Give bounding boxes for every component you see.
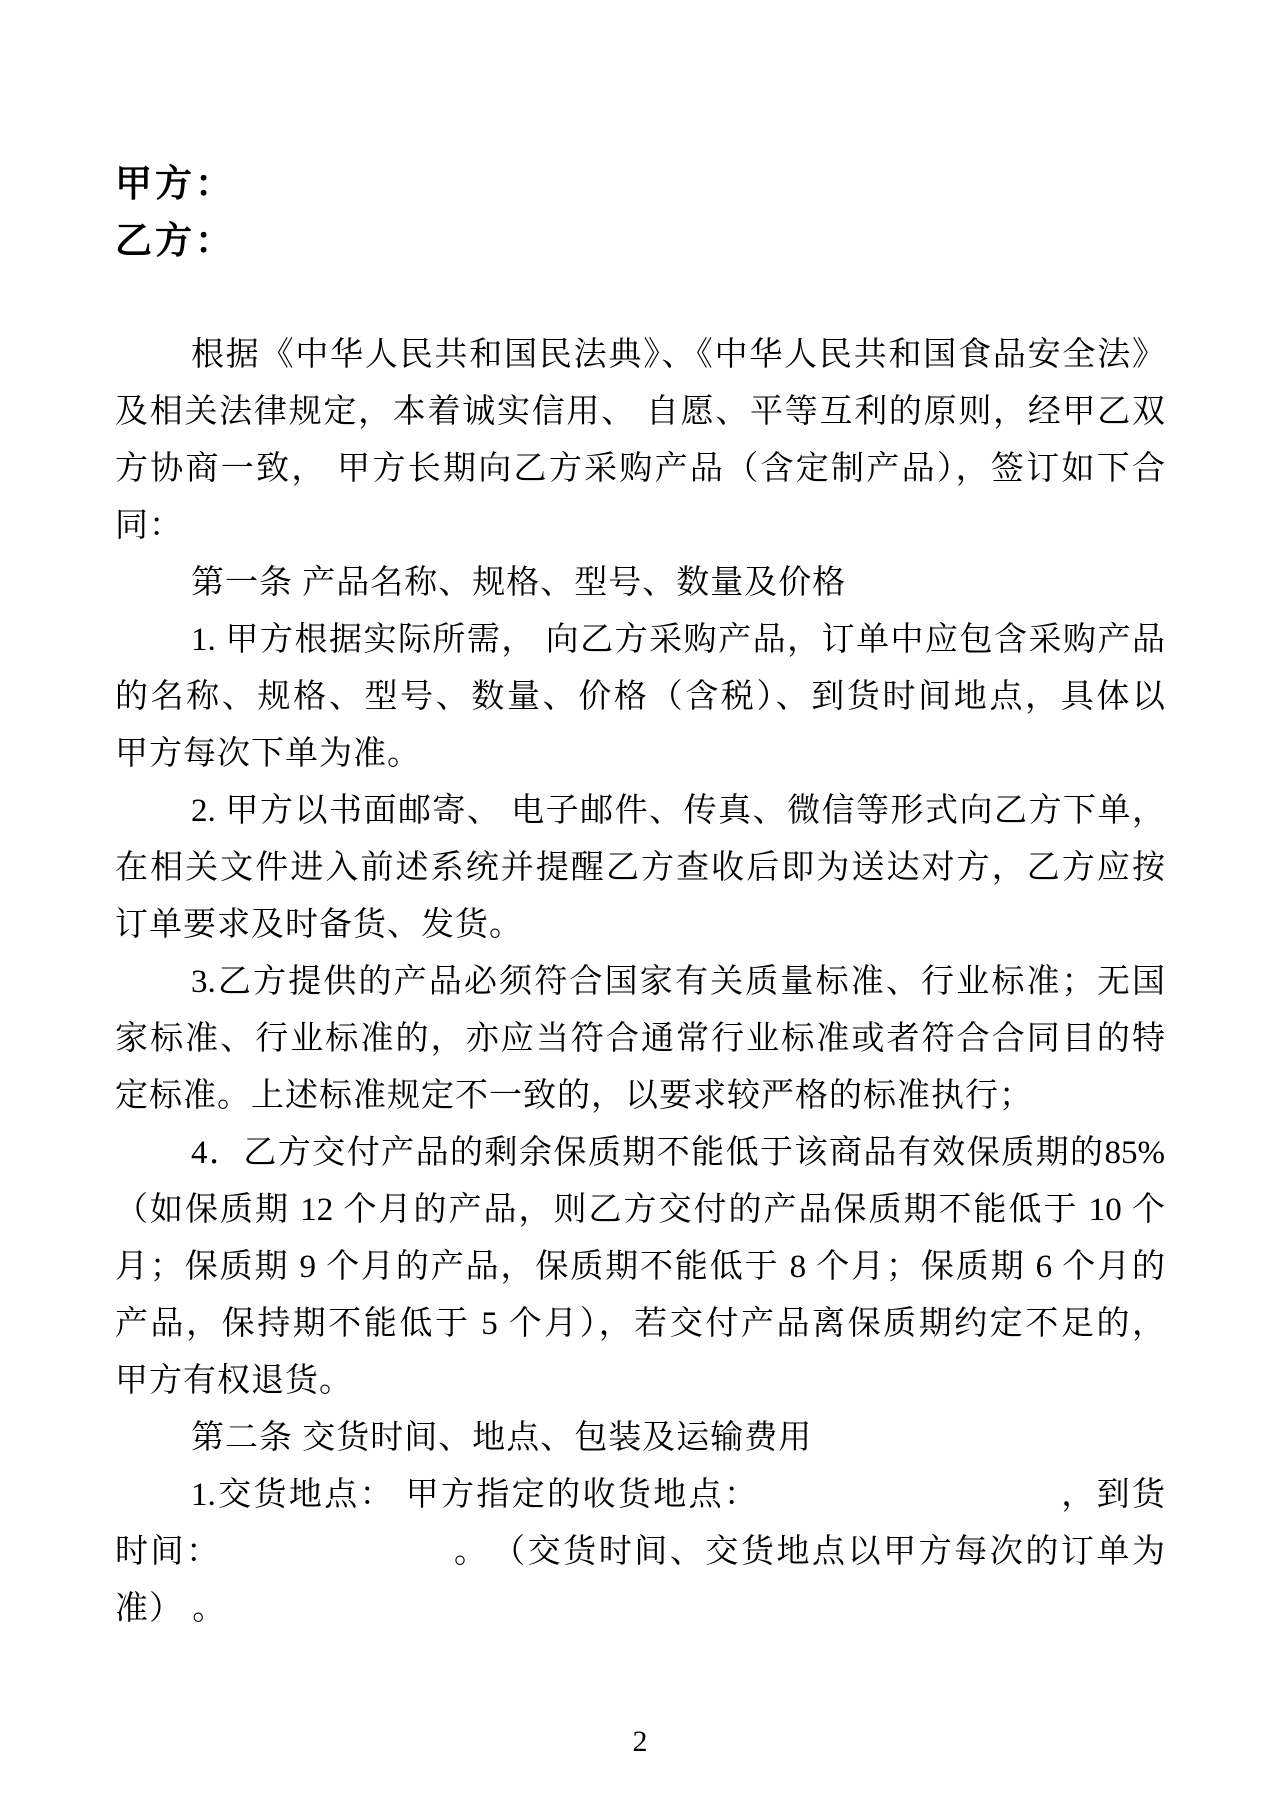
contract-line: 产品，保持期不能低于 5 个月），若交付产品离保质期约定不足的， [115, 1296, 1165, 1353]
contract-line: 2. 甲方以书面邮寄、 电子邮件、传真、微信等形式向乙方下单， [115, 783, 1165, 840]
contract-line: 根据《中华人民共和国民法典》、《中华人民共和国食品安全法》 [115, 327, 1165, 384]
contract-line: 月；保质期 9 个月的产品，保质期不能低于 8 个月；保质期 6 个月的 [115, 1239, 1165, 1296]
contract-line: 在相关文件进入前述系统并提醒乙方查收后即为送达对方，乙方应按 [115, 840, 1165, 897]
party-b-label: 乙方： [115, 213, 1165, 270]
contract-line: 1.交货地点： 甲方指定的收货地点： ，到货 [115, 1467, 1165, 1524]
contract-line: 家标准、行业标准的，亦应当符合通常行业标准或者符合合同目的特 [115, 1011, 1165, 1068]
contract-line: 1. 甲方根据实际所需， 向乙方采购产品，订单中应包含采购产品 [115, 612, 1165, 669]
contract-line: 的名称、规格、型号、数量、价格（含税）、到货时间地点，具体以 [115, 669, 1165, 726]
contract-line: 准） 。 [115, 1581, 1165, 1638]
page-number: 2 [0, 1722, 1280, 1762]
contract-line: 时间： 。 （交货时间、交货地点以甲方每次的订单为 [115, 1524, 1165, 1581]
contract-line: 方协商一致， 甲方长期向乙方采购产品（含定制产品），签订如下合 [115, 441, 1165, 498]
contract-document-page: 甲方： 乙方： 根据《中华人民共和国民法典》、《中华人民共和国食品安全法》 及相… [0, 0, 1280, 1810]
contract-line: 同： [115, 498, 1165, 555]
party-block: 甲方： 乙方： [115, 156, 1165, 270]
contract-line: 定标准。上述标准规定不一致的，以要求较严格的标准执行； [115, 1068, 1165, 1125]
contract-line: 甲方有权退货。 [115, 1353, 1165, 1410]
contract-line: 4．乙方交付产品的剩余保质期不能低于该商品有效保质期的85% [115, 1125, 1165, 1182]
contract-line: （如保质期 12 个月的产品，则乙方交付的产品保质期不能低于 10 个 [115, 1182, 1165, 1239]
section-heading-article-2: 第二条 交货时间、地点、包装及运输费用 [115, 1410, 1165, 1467]
contract-line: 甲方每次下单为准。 [115, 726, 1165, 783]
contract-line: 3.乙方提供的产品必须符合国家有关质量标准、行业标准；无国 [115, 954, 1165, 1011]
contract-line: 订单要求及时备货、发货。 [115, 897, 1165, 954]
party-a-label: 甲方： [115, 156, 1165, 213]
section-heading-article-1: 第一条 产品名称、规格、型号、数量及价格 [115, 555, 1165, 612]
contract-line: 及相关法律规定，本着诚实信用、 自愿、平等互利的原则，经甲乙双 [115, 384, 1165, 441]
